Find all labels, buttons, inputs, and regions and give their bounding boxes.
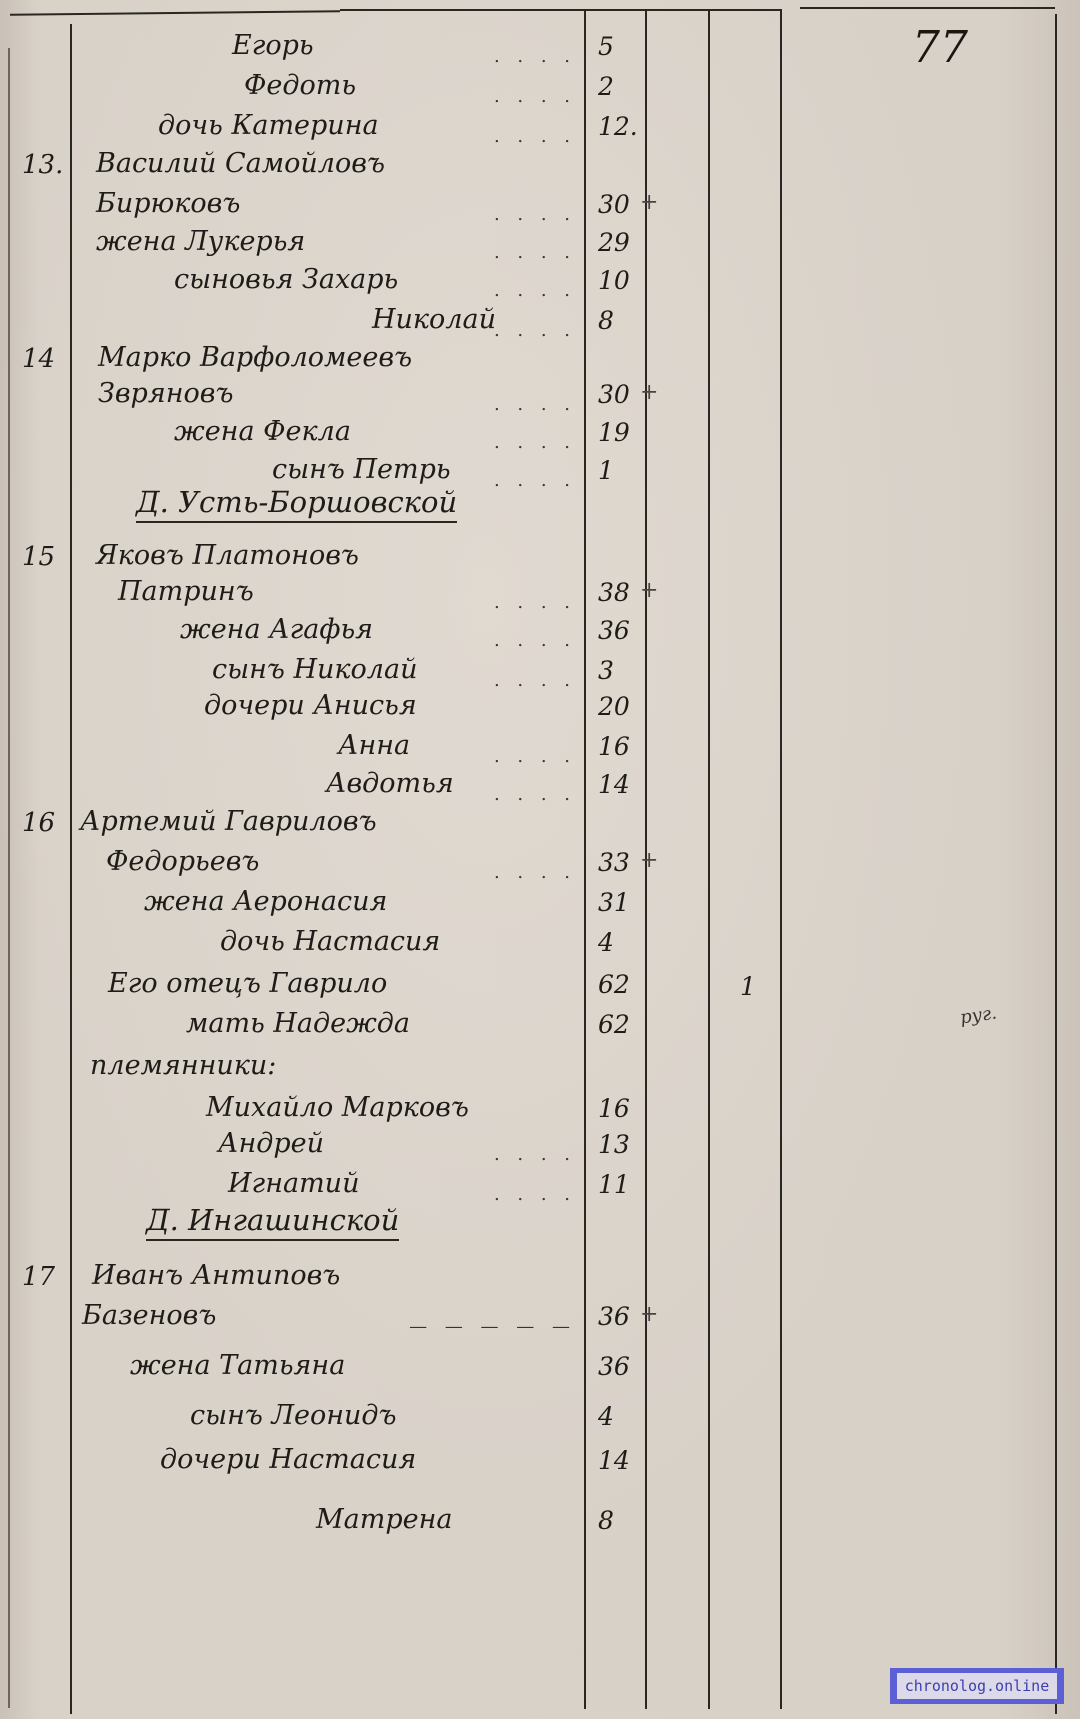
age-value: 11 [598, 1172, 630, 1197]
age-value: 4 [598, 930, 614, 955]
entry-text: Егорь [232, 30, 314, 61]
age-value: 14 [598, 1448, 630, 1473]
entry-name: жена Лукерья [96, 228, 305, 255]
age-value: 36 [598, 1304, 630, 1329]
leader-dots: . . . . [494, 624, 576, 651]
age-value: 8 [598, 1508, 614, 1533]
age-value: 8 [598, 308, 614, 333]
entry-text: Андрей [218, 1128, 324, 1159]
entry-text: Василий Самойловъ [96, 148, 385, 179]
entry-text: Звряновъ [98, 378, 233, 409]
entry-name: жена Татьяна [130, 1352, 345, 1379]
leader-dots: . . . . [494, 80, 576, 107]
entry-name: Яковъ Платоновъ [96, 542, 359, 569]
entry-text: жена Фекла [174, 416, 351, 447]
entry-name: Матрена [316, 1506, 453, 1533]
top-rule [10, 10, 340, 15]
outer-left-rule [8, 48, 10, 1708]
entry-name: Артемий Гавриловъ [80, 808, 377, 835]
entry-text: Николай [372, 304, 496, 335]
entry-text: Марко Варфоломеевъ [98, 342, 412, 373]
entry-text: племянники: [90, 1050, 276, 1081]
age-value: 12. [598, 114, 638, 139]
page-number: 77 [912, 22, 968, 73]
age-value: 13 [598, 1132, 630, 1157]
entry-text: Бирюковъ [96, 188, 240, 219]
household-number: 13. [22, 152, 63, 178]
top-rule [800, 7, 1055, 9]
leader-dots: . . . . [494, 856, 576, 883]
cross-mark: + [640, 382, 658, 404]
household-number: 16 [22, 810, 55, 836]
entry-text: дочери Анисья [204, 690, 417, 721]
right-margin-rule [1055, 14, 1057, 1714]
entry-name: сыновья Захарь [174, 266, 398, 293]
entry-name: Анна [338, 732, 410, 759]
entry-name: сынъ Петрь [272, 456, 451, 483]
entry-text: дочь Катерина [158, 110, 379, 141]
household-number: 17 [22, 1264, 55, 1290]
entry-text: мать Надежда [186, 1008, 410, 1039]
entry-name: Федорьевъ [106, 848, 259, 875]
entry-name: Игнатий [228, 1170, 359, 1197]
leader-dots: . . . . [494, 1138, 576, 1165]
entry-name: жена Агафья [180, 616, 373, 643]
entry-text: Патринъ [118, 576, 254, 607]
age-value: 62 [598, 1012, 630, 1037]
entry-name: племянники: [90, 1052, 276, 1079]
age-value: 16 [598, 734, 630, 759]
entry-text: сынъ Петрь [272, 454, 451, 485]
watermark-text: chronolog.online [897, 1673, 1058, 1699]
entry-name: Николай [372, 306, 496, 333]
entry-text: сыновья Захарь [174, 264, 398, 295]
entry-text: Матрена [316, 1504, 453, 1535]
census-page: 77 руг. Егорь. . . .5Федоть. . . .2дочь … [0, 0, 1080, 1719]
age-value: 30 [598, 192, 630, 217]
column-3-rule [708, 9, 710, 1709]
entry-text: Иванъ Антиповъ [92, 1260, 340, 1291]
leader-dots: . . . . [494, 198, 576, 225]
age-value: 4 [598, 1404, 614, 1429]
entry-name: сынъ Николай [212, 656, 417, 683]
entry-name: дочь Катерина [158, 112, 379, 139]
age-value: 36 [598, 618, 630, 643]
leader-dots: . . . . [494, 426, 576, 453]
leader-dashes: — — — — — [409, 1310, 576, 1337]
cross-mark: + [640, 850, 658, 872]
cross-mark: + [640, 192, 658, 214]
age-column-left-rule [584, 9, 586, 1709]
entry-name: сынъ Леонидъ [190, 1402, 397, 1429]
leader-dots: . . . . [494, 664, 576, 691]
entry-name: Иванъ Антиповъ [92, 1262, 340, 1289]
leader-dots: . . . . [494, 314, 576, 341]
age-value: 62 [598, 972, 630, 997]
entry-text: Анна [338, 730, 410, 761]
leader-dots: . . . . [494, 40, 576, 67]
entry-name: дочери Анисья [204, 692, 417, 719]
entry-name: Федоть [244, 72, 356, 99]
age-value: 33 [598, 850, 630, 875]
entry-name: Михайло Марковъ [206, 1094, 469, 1121]
age-value: 29 [598, 230, 630, 255]
household-number: 14 [22, 346, 55, 372]
entry-name: Звряновъ [98, 380, 233, 407]
entry-text: сынъ Николай [212, 654, 417, 685]
entry-text: жена Агафья [180, 614, 373, 645]
leader-dots: . . . . [494, 740, 576, 767]
entry-text: Артемий Гавриловъ [80, 806, 377, 837]
entry-name: дочери Настасия [160, 1446, 416, 1473]
number-column-rule [70, 24, 72, 1714]
age-value: 38 [598, 580, 630, 605]
entry-text: Михайло Марковъ [206, 1092, 469, 1123]
top-rule [340, 9, 780, 11]
leader-dots: . . . . [494, 586, 576, 613]
entry-text: жена Татьяна [130, 1350, 345, 1381]
entry-text: Базеновъ [82, 1300, 216, 1331]
age-value: 5 [598, 34, 614, 59]
age-value: 19 [598, 420, 630, 445]
entry-text: сынъ Леонидъ [190, 1400, 397, 1431]
entry-name: Марко Варфоломеевъ [98, 344, 412, 371]
entry-text: жена Лукерья [96, 226, 305, 257]
leader-dots: . . . . [494, 236, 576, 263]
age-value: 2 [598, 74, 614, 99]
margin-note: руг. [959, 1003, 998, 1029]
entry-name: Авдотья [326, 770, 454, 797]
entry-text: Федоть [244, 70, 356, 101]
leader-dots: . . . . [494, 388, 576, 415]
age-value: 16 [598, 1096, 630, 1121]
leader-dots: . . . . [494, 778, 576, 805]
age-value: 3 [598, 658, 614, 683]
entry-name: Бирюковъ [96, 190, 240, 217]
entry-text: Авдотья [326, 768, 454, 799]
age-value: 31 [598, 890, 630, 915]
entry-name: мать Надежда [186, 1010, 410, 1037]
age-value: 30 [598, 382, 630, 407]
cross-mark: + [640, 580, 658, 602]
age-value: 36 [598, 1354, 630, 1379]
watermark-badge[interactable]: chronolog.online [890, 1668, 1064, 1704]
entry-text: Яковъ Платоновъ [96, 540, 359, 571]
age-value: 20 [598, 694, 630, 719]
entry-name: дочь Настасия [220, 928, 440, 955]
entry-text: дочери Настасия [160, 1444, 416, 1475]
entry-text: Его отецъ Гаврило [108, 968, 387, 999]
entry-name: Его отецъ Гаврило [108, 970, 387, 997]
entry-text: Игнатий [228, 1168, 359, 1199]
entry-name: Базеновъ [82, 1302, 216, 1329]
entry-text: жена Аеронасия [144, 886, 387, 917]
entry-name: жена Аеронасия [144, 888, 387, 915]
entry-name: Андрей [218, 1130, 324, 1157]
entry-name: Патринъ [118, 578, 254, 605]
column-3-value: 1 [740, 974, 756, 999]
column-4-rule [780, 9, 782, 1709]
leader-dots: . . . . [494, 464, 576, 491]
village-heading: Д. Ингашинской [146, 1206, 399, 1241]
leader-dots: . . . . [494, 1178, 576, 1205]
leader-dots: . . . . [494, 120, 576, 147]
village-heading: Д. Усть-Боршовской [136, 488, 457, 523]
leader-dots: . . . . [494, 274, 576, 301]
age-value: 14 [598, 772, 630, 797]
entry-name: жена Фекла [174, 418, 351, 445]
entry-text: дочь Настасия [220, 926, 440, 957]
entry-name: Василий Самойловъ [96, 150, 385, 177]
entry-name: Егорь [232, 32, 314, 59]
age-value: 1 [598, 458, 614, 483]
age-value: 10 [598, 268, 630, 293]
entry-text: Федорьевъ [106, 846, 259, 877]
cross-mark: + [640, 1304, 658, 1326]
household-number: 15 [22, 544, 55, 570]
